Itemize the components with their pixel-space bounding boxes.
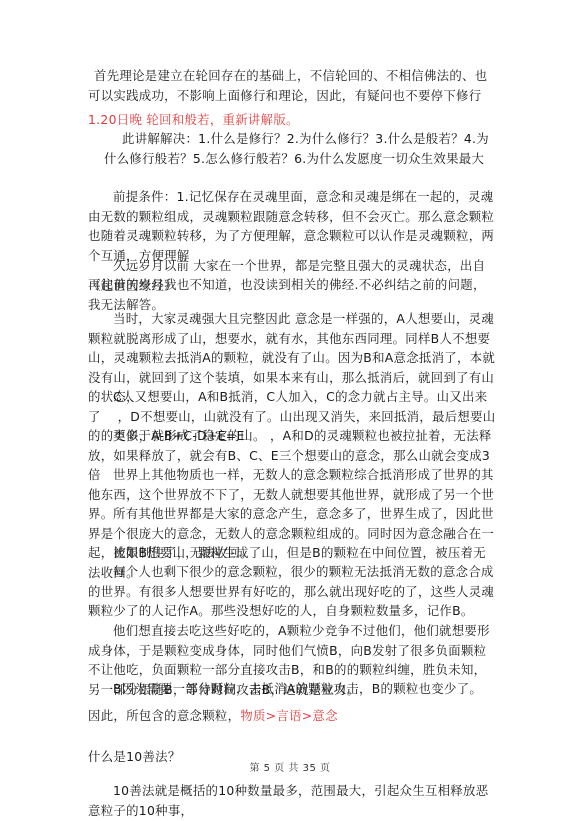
- therefore-prefix: 因此，所包含的意念颗粒，: [88, 708, 240, 723]
- paragraph-b-needs: B因为需要一部分颗粒，去抵消A的颗粒攻击，B的颗粒也变少了。: [88, 679, 496, 699]
- paragraph-premise: 前提条件：1.记忆保存在灵魂里面，意念和灵魂是绑在一起的，灵魂由无数的颗粒组成，…: [88, 187, 496, 265]
- section-heading: 1.20日晚 轮回和般若，重新讲解版。: [88, 110, 496, 130]
- therefore-hierarchy: 物质>言语>意念: [240, 708, 338, 723]
- paragraph-questions: 此讲解解决：1.什么是修行？2.为什么修行？3.什么是般若？4.为什么修行般若？…: [88, 129, 496, 168]
- paragraph-ten-good-deeds: 10善法就是概括的10种数量最多，范围最大，引起众生互相释放恶意粒子的10种事，: [88, 781, 496, 820]
- paragraph-intro: 首先理论是建立在轮回存在的基础上，不信轮回的、不相信佛法的、也可以实践成功，不影…: [88, 66, 496, 105]
- page-number-footer: 第 5 页 共 35 页: [0, 759, 580, 774]
- paragraph-each-person: 每个人也剩下很少的意念颗粒，很少的颗粒无法抵消无数的意念合成的世界。有很多人想要…: [88, 562, 496, 621]
- document-page: 首先理论是建立在轮回存在的基础上，不信轮回的、不相信佛法的、也可以实践成功，不影…: [0, 0, 580, 821]
- paragraph-therefore: 因此，所包含的意念颗粒，物质>言语>意念: [88, 706, 496, 726]
